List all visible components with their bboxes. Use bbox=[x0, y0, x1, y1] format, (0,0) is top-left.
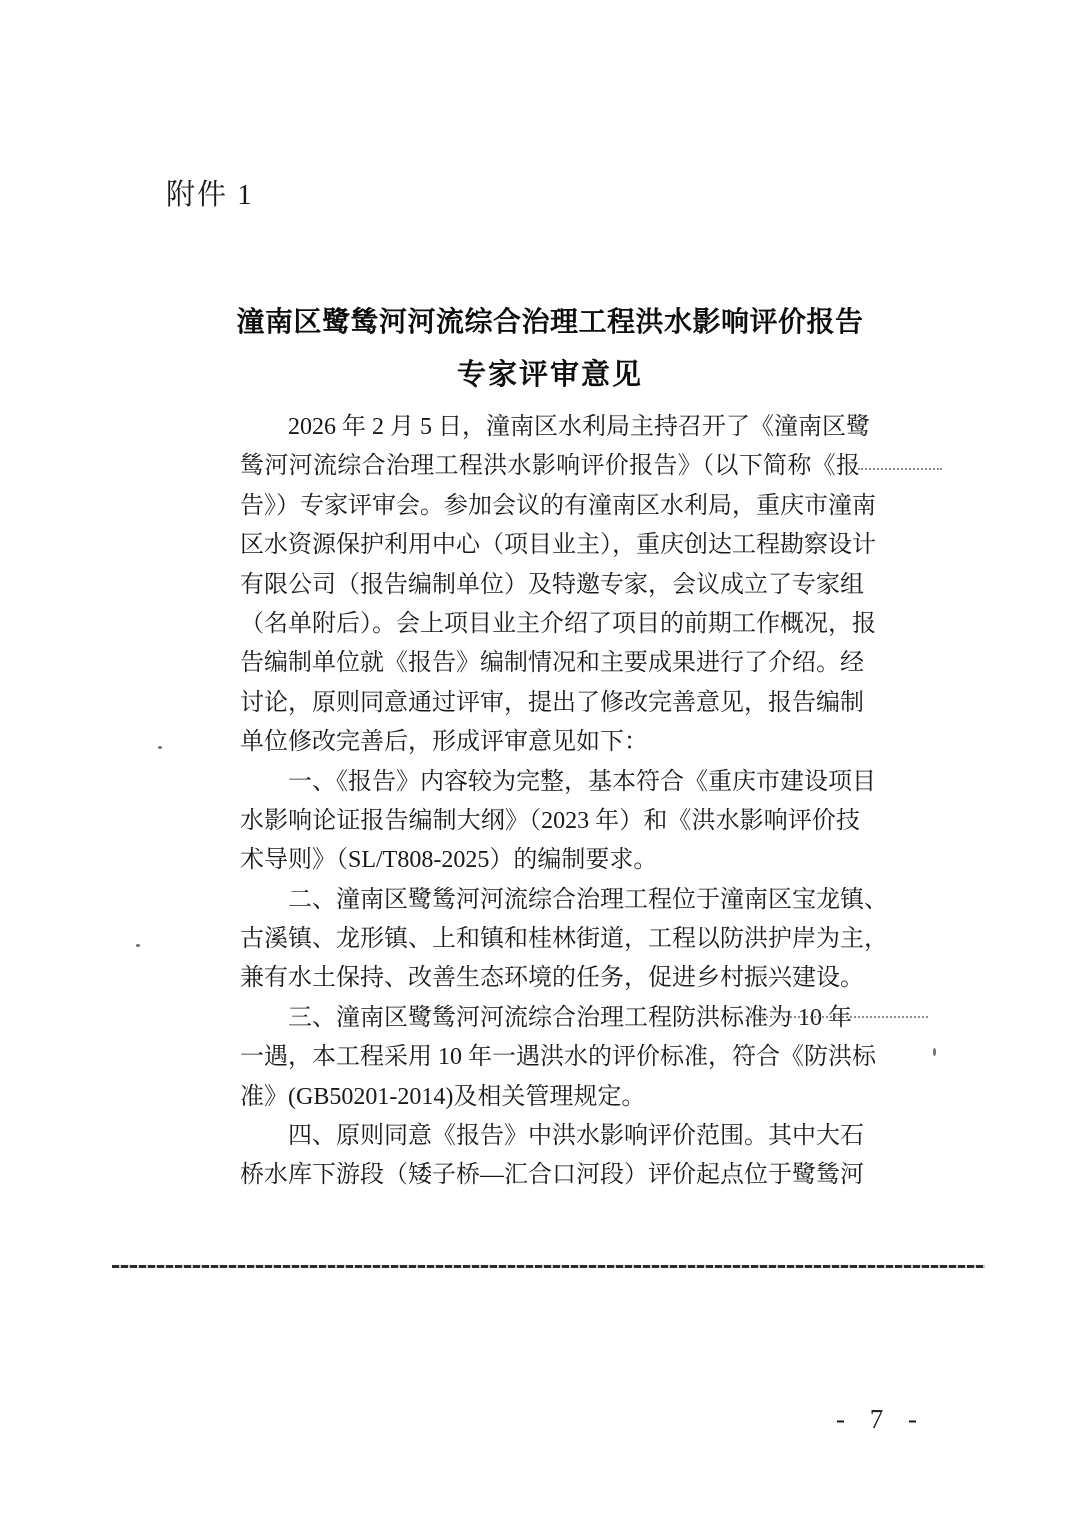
body-line: 告》）专家评审会。参加会议的有潼南区水利局，重庆市潼南 bbox=[240, 487, 860, 526]
body-line: 术导则》（SL/T808-2025）的编制要求。 bbox=[240, 841, 860, 880]
body-line: 一遇，本工程采用 10 年一遇洪水的评价标准，符合《防洪标 bbox=[240, 1038, 860, 1077]
scan-speck-artifact bbox=[933, 1048, 936, 1056]
body-line: （名单附后）。会上项目业主介绍了项目的前期工作概况，报 bbox=[240, 605, 860, 644]
scan-speck-artifact bbox=[158, 746, 162, 749]
body-line: 单位修改完善后，形成评审意见如下： bbox=[240, 723, 860, 762]
body-line: 桥水库下游段（矮子桥—汇合口河段）评价起点位于鹭鸶河 bbox=[240, 1156, 860, 1195]
scan-speck-artifact bbox=[136, 944, 140, 947]
body-line: 有限公司（报告编制单位）及特邀专家，会议成立了专家组 bbox=[240, 566, 860, 605]
scan-dots-artifact bbox=[746, 1016, 928, 1018]
document-title: 潼南区鹭鸶河河流综合治理工程洪水影响评价报告 bbox=[227, 300, 873, 340]
body-line: 三、潼南区鹭鸶河河流综合治理工程防洪标准为 10 年 bbox=[240, 999, 860, 1038]
scan-dots-artifact bbox=[858, 468, 942, 470]
footer-rule bbox=[112, 1265, 985, 1268]
document-subtitle: 专家评审意见 bbox=[227, 352, 873, 393]
body-line: 四、原则同意《报告》中洪水影响评价范围。其中大石 bbox=[240, 1117, 860, 1156]
body-line: 一、《报告》内容较为完整，基本符合《重庆市建设项目 bbox=[240, 763, 860, 802]
body-line: 区水资源保护利用中心（项目业主），重庆创达工程勘察设计 bbox=[240, 526, 860, 565]
page-number: - 7 - bbox=[836, 1404, 956, 1435]
body-line: 2026 年 2 月 5 日，潼南区水利局主持召开了《潼南区鹭 bbox=[240, 408, 860, 447]
body-line: 二、潼南区鹭鸶河河流综合治理工程位于潼南区宝龙镇、 bbox=[240, 881, 860, 920]
body-line: 兼有水土保持、改善生态环境的任务，促进乡村振兴建设。 bbox=[240, 959, 860, 998]
body-line: 告编制单位就《报告》编制情况和主要成果进行了介绍。经 bbox=[240, 644, 860, 683]
attachment-label: 附件 1 bbox=[166, 172, 254, 213]
body-line: 准》(GB50201-2014)及相关管理规定。 bbox=[240, 1078, 860, 1117]
body-line: 古溪镇、龙形镇、上和镇和桂林街道，工程以防洪护岸为主， bbox=[240, 920, 860, 959]
document-body: 2026 年 2 月 5 日，潼南区水利局主持召开了《潼南区鹭 鸶河河流综合治理… bbox=[240, 408, 860, 1196]
document-page: 附件 1 潼南区鹭鸶河河流综合治理工程洪水影响评价报告 专家评审意见 2026 … bbox=[0, 0, 1074, 1520]
body-line: 鸶河河流综合治理工程洪水影响评价报告》（以下简称《报 bbox=[240, 447, 860, 486]
body-line: 水影响论证报告编制大纲》（2023 年）和《洪水影响评价技 bbox=[240, 802, 860, 841]
body-line: 讨论，原则同意通过评审，提出了修改完善意见，报告编制 bbox=[240, 684, 860, 723]
